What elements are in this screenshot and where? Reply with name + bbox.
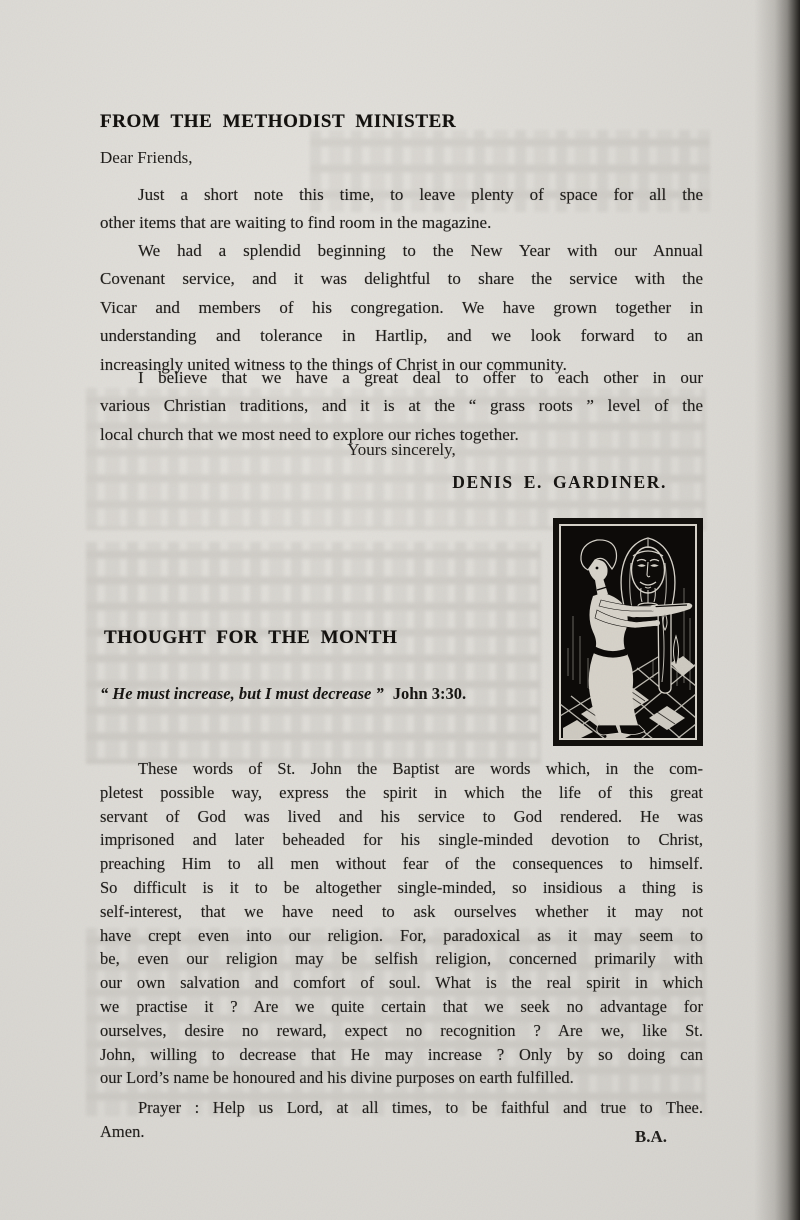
thought-body-paragraph: These words of St. John the Baptist are … xyxy=(100,757,703,1090)
woodcut-illustration xyxy=(553,518,703,746)
text-line: These words of St. John the Baptist are … xyxy=(100,757,703,781)
letter-signature: DENIS E. GARDINER. xyxy=(100,472,703,493)
text-line: Prayer : Help us Lord, at all times, to … xyxy=(100,1096,703,1120)
text-line: we practise it ? Are we quite certain th… xyxy=(100,995,703,1019)
text-line: We had a splendid beginning to the New Y… xyxy=(100,237,703,265)
text-line: imprisoned and later beheaded for his si… xyxy=(100,828,703,852)
scripture-quote: “ He must increase, but I must decrease … xyxy=(100,684,466,704)
text-line: self-interest, that we have need to ask … xyxy=(100,900,703,924)
thought-title: THOUGHT FOR THE MONTH xyxy=(104,627,397,649)
letter-paragraph-1: Just a short note this time, to leave pl… xyxy=(100,181,703,238)
text-line: preaching Him to all men without fear of… xyxy=(100,852,703,876)
text-line: various Christian traditions, and it is … xyxy=(100,392,703,420)
bleedthrough-patch xyxy=(86,542,541,764)
text-line: our Lord’s name be honoured and his divi… xyxy=(100,1066,703,1090)
text-line: be, even our religion may be selfish rel… xyxy=(100,947,703,971)
text-line: Vicar and members of his congregation. W… xyxy=(100,294,703,322)
letter-paragraph-3: I believe that we have a great deal to o… xyxy=(100,364,703,449)
text-line: understanding and tolerance in Hartlip, … xyxy=(100,322,703,350)
text-line: John, willing to decrease that He may in… xyxy=(100,1043,703,1067)
magazine-page: { "colors": { "paper": "#dcdad5", "ink":… xyxy=(0,0,800,1220)
salome-john-baptist-woodcut xyxy=(553,518,703,746)
text-line: Just a short note this time, to leave pl… xyxy=(100,181,703,209)
quote-reference: John 3:30. xyxy=(393,684,466,703)
text-line: servant of God was lived and his service… xyxy=(100,805,703,829)
author-initials: B.A. xyxy=(100,1127,703,1147)
quote-text: “ He must increase, but I must decrease … xyxy=(100,684,384,703)
text-line: our own salvation and comfort of soul. W… xyxy=(100,971,703,995)
text-line: So difficult is it to be altogether sing… xyxy=(100,876,703,900)
text-line: have crept even into our religion. For, … xyxy=(100,924,703,948)
letter-salutation: Dear Friends, xyxy=(100,148,703,168)
letter-title: FROM THE METHODIST MINISTER xyxy=(100,111,703,133)
text-line: Covenant service, and it was delightful … xyxy=(100,265,703,293)
text-line: ourselves, desire no reward, expect no r… xyxy=(100,1019,703,1043)
letter-paragraph-2: We had a splendid beginning to the New Y… xyxy=(100,237,703,379)
letter-valediction: Yours sincerely, xyxy=(100,440,703,460)
text-line: I believe that we have a great deal to o… xyxy=(100,364,703,392)
page-binding-shadow xyxy=(754,0,800,1220)
text-line: pletest possible way, express the spirit… xyxy=(100,781,703,805)
text-line: other items that are waiting to find roo… xyxy=(100,209,703,237)
